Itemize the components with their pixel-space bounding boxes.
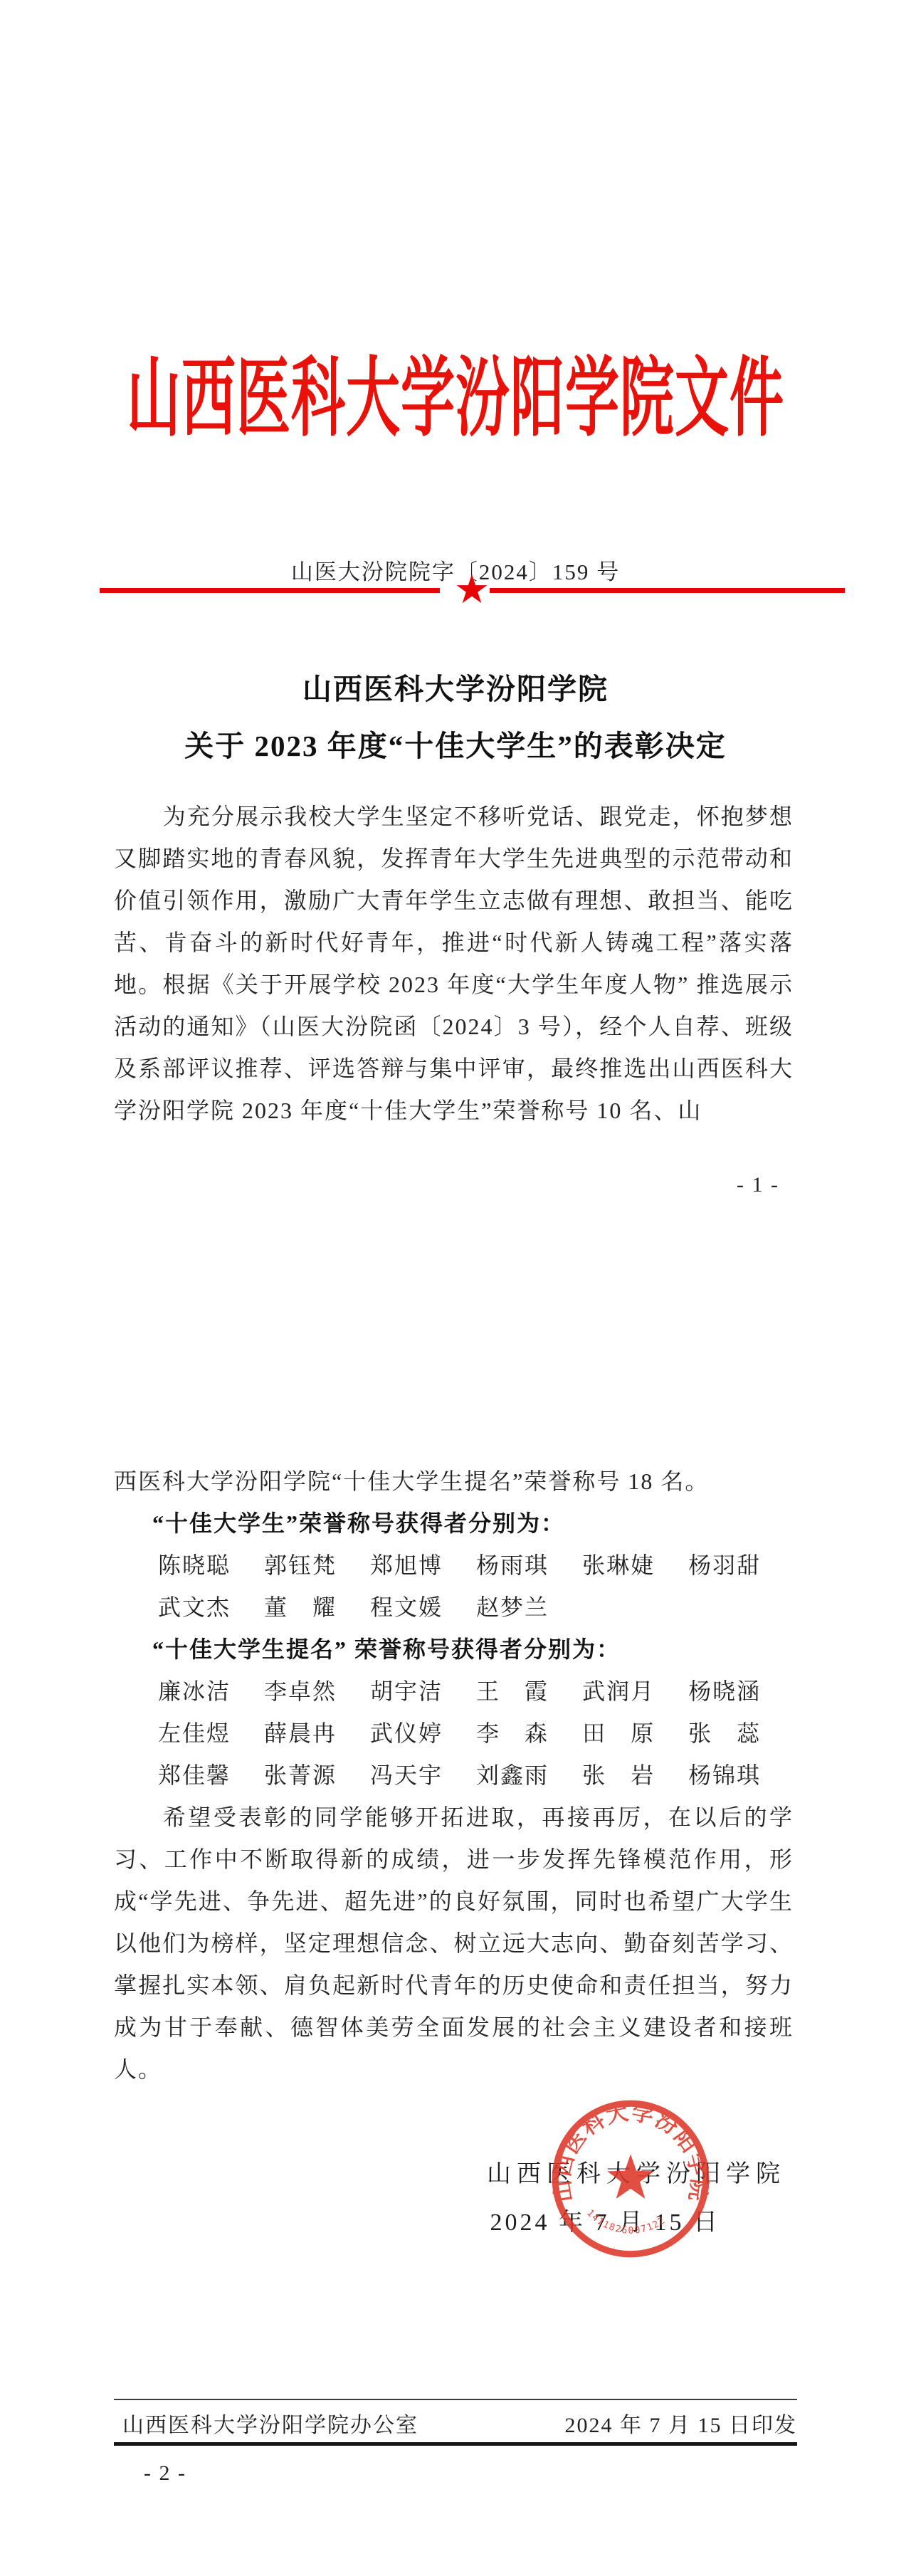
seal-star-icon — [607, 2154, 654, 2199]
winner-name: 赵梦兰 — [476, 1587, 549, 1629]
svg-text:1411826007122: 1411826007122 — [584, 2208, 668, 2236]
nominee-name: 张菁源 — [264, 1755, 337, 1797]
nominee-name: 杨晓涵 — [688, 1671, 761, 1713]
closing-paragraph: 希望受表彰的同学能够开拓进取，再接再厉，在以后的学习、工作中不断取得新的成绩，进… — [114, 1797, 794, 2091]
page1-number: - 1 - — [114, 1173, 779, 1197]
footer-print-date: 2024 年 7 月 15 日印发 — [114, 2407, 797, 2439]
nominee-name: 胡宇洁 — [370, 1671, 443, 1713]
letterhead-title: 山西医科大学汾阳学院文件 — [127, 356, 784, 443]
nominee-name: 田 原 — [582, 1713, 655, 1755]
winner-name: 武文杰 — [158, 1587, 231, 1629]
nominee-name: 冯天宇 — [370, 1755, 443, 1797]
nominee-name: 刘鑫雨 — [476, 1755, 549, 1797]
winner-name: 陈晓聪 — [158, 1545, 231, 1587]
official-seal: 山西医科大学汾阳学院 1411826007122 — [547, 2090, 715, 2268]
footer-top-divider — [114, 2399, 797, 2400]
winner-name: 张琳婕 — [582, 1545, 655, 1587]
winner-name: 程文媛 — [370, 1587, 443, 1629]
page1-body-paragraph: 为充分展示我校大学生坚定不移听党话、跟党走，怀抱梦想又脚踏实地的青春风貌，发挥青… — [114, 796, 794, 1132]
decision-title: 山西医科大学汾阳学院 关于 2023 年度“十佳大学生”的表彰决定 — [0, 661, 911, 774]
winners-row-2: 武文杰 董 耀 程文媛 赵梦兰 — [114, 1587, 794, 1629]
nominee-name: 武润月 — [582, 1671, 655, 1713]
footer-bottom-divider — [114, 2442, 797, 2446]
nominee-name: 薛晨冉 — [264, 1713, 337, 1755]
winners-heading: “十佳大学生”荣誉称号获得者分别为： — [114, 1503, 794, 1545]
winner-name: 郑旭博 — [370, 1545, 443, 1587]
document-scan: 山西医科大学汾阳学院文件 山医大汾院院字〔2024〕159 号 ★ 山西医科大学… — [0, 0, 911, 2576]
nominee-name: 郑佳馨 — [158, 1755, 231, 1797]
winner-name: 郭钰梵 — [264, 1545, 337, 1587]
nominee-name: 李卓然 — [264, 1671, 337, 1713]
nominee-name: 王 霞 — [476, 1671, 549, 1713]
nominee-name: 李 森 — [476, 1713, 549, 1755]
nominee-name: 廉冰洁 — [158, 1671, 231, 1713]
nominees-heading: “十佳大学生提名” 荣誉称号获得者分别为： — [114, 1629, 794, 1671]
nominee-name: 左佳煜 — [158, 1713, 231, 1755]
nominee-name: 杨锦琪 — [688, 1755, 761, 1797]
star-icon: ★ — [454, 570, 490, 610]
nominee-name: 张 岩 — [582, 1755, 655, 1797]
nominees-row-3: 郑佳馨 张菁源 冯天宇 刘鑫雨 张 岩 杨锦琪 — [114, 1755, 794, 1797]
winner-name: 董 耀 — [264, 1587, 337, 1629]
red-rule-left — [100, 588, 440, 593]
seal-code: 1411826007122 — [584, 2208, 668, 2236]
letterhead: 山西医科大学汾阳学院文件 — [0, 356, 911, 410]
decision-title-line2: 关于 2023 年度“十佳大学生”的表彰决定 — [0, 717, 911, 774]
nominee-name: 武仪婷 — [370, 1713, 443, 1755]
winner-name: 杨雨琪 — [476, 1545, 549, 1587]
winner-name: 杨羽甜 — [688, 1545, 761, 1587]
nominees-row-2: 左佳煜 薛晨冉 武仪婷 李 森 田 原 张 蕊 — [114, 1713, 794, 1755]
winners-row-1: 陈晓聪 郭钰梵 郑旭博 杨雨琪 张琳婕 杨羽甜 — [114, 1545, 794, 1587]
decision-title-line1: 山西医科大学汾阳学院 — [0, 661, 911, 717]
page2-content: 西医科大学汾阳学院“十佳大学生提名”荣誉称号 18 名。 “十佳大学生”荣誉称号… — [114, 1461, 794, 2091]
red-rule-right — [490, 588, 845, 593]
page2-continuation: 西医科大学汾阳学院“十佳大学生提名”荣誉称号 18 名。 — [114, 1461, 794, 1503]
page2-number: - 2 - — [144, 2461, 186, 2486]
nominees-row-1: 廉冰洁 李卓然 胡宇洁 王 霞 武润月 杨晓涵 — [114, 1671, 794, 1713]
nominee-name: 张 蕊 — [688, 1713, 761, 1755]
